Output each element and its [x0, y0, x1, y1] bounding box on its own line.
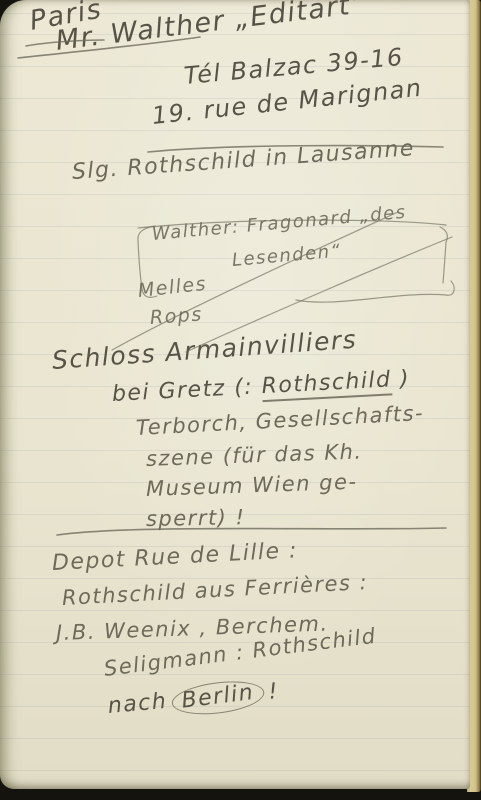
handwriting-terborch-2: szene (für das Kh.	[146, 439, 363, 471]
notebook-scan: Paris Mr. Walther „Editart“ Tél Balzac 3…	[0, 0, 481, 800]
rothschild-underlined: Rothschild	[261, 367, 392, 402]
handwriting-terborch-4: sperrt) !	[146, 505, 246, 531]
handwriting-crossed-line-1: Walther: Fragonard „des	[151, 202, 407, 245]
berlin-circled: Berlin	[170, 677, 266, 719]
handwriting-schloss: Schloss Armainvilliers	[51, 325, 358, 375]
handwriting-collection-lausanne: Slg. Rothschild in Lausanne	[71, 136, 416, 185]
berlin-prefix: nach	[107, 688, 177, 719]
gretz-suffix: )	[391, 366, 411, 392]
gretz-prefix: bei Gretz (:	[111, 374, 262, 407]
notebook-page: Paris Mr. Walther „Editart“ Tél Balzac 3…	[0, 0, 470, 789]
handwriting-ferrieres: Rothschild aus Ferrières :	[61, 570, 368, 610]
handwriting-depot: Depot Rue de Lille :	[51, 538, 298, 576]
handwriting-nach-berlin: nach Berlin !	[107, 679, 280, 721]
handwriting-crossed-line-3: Melles	[137, 273, 208, 302]
handwriting-crossed-line-2: Lesenden“	[231, 240, 342, 270]
section-divider-stroke	[57, 528, 446, 535]
handwriting-crossed-line-4: Rops	[149, 303, 203, 329]
handwriting-terborch-3: Museum Wien ge-	[146, 470, 358, 501]
handwriting-terborch-1: Terborch, Gesellschafts-	[135, 401, 424, 440]
crossout-box-right-bracket	[440, 227, 447, 283]
handwriting-gretz-rothschild: bei Gretz (: Rothschild )	[111, 366, 410, 407]
crossout-box-bottom-wave	[296, 281, 454, 302]
